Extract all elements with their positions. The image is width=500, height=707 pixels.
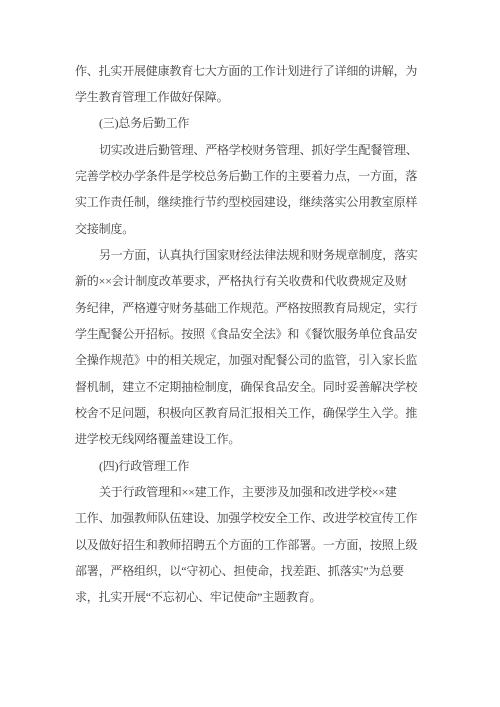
text-line: 切实改进后勤管理、严格学校财务管理、抓好学生配餐管理、 bbox=[75, 137, 500, 163]
text-line: 部署，严格组织，以“守初心、担使命，找差距、抓落实”为总要 bbox=[75, 558, 500, 584]
document-text: 作、扎实开展健康教育七大方面的工作计划进行了详细的讲解，为学生教育管理工作做好保… bbox=[75, 58, 500, 611]
text-line: 以及做好招生和教师招聘五个方面的工作部署。一方面，按照上级 bbox=[75, 532, 500, 558]
text-line: 督机制，建立不定期抽检制度，确保食品安全。同时妥善解决学校 bbox=[75, 374, 500, 400]
text-line: 务纪律，严格遵守财务基础工作规范。严格按照教育局规定，实行 bbox=[75, 295, 500, 321]
text-line: 学生教育管理工作做好保障。 bbox=[75, 84, 500, 110]
text-line: (三)总务后勤工作 bbox=[75, 110, 500, 136]
document-page: 作、扎实开展健康教育七大方面的工作计划进行了详细的讲解，为学生教育管理工作做好保… bbox=[0, 0, 500, 707]
text-line: (四)行政管理工作 bbox=[75, 453, 500, 479]
text-line: 校舍不足问题，积极向区教育局汇报相关工作，确保学生入学。推 bbox=[75, 400, 500, 426]
text-line: 另一方面，认真执行国家财经法律法规和财务规章制度，落实 bbox=[75, 242, 500, 268]
text-line: 实工作责任制，继续推行节约型校园建设，继续落实公用教室原样 bbox=[75, 189, 500, 215]
text-line: 求，扎实开展“不忘初心、牢记使命”主题教育。 bbox=[75, 584, 500, 610]
text-line: 全操作规范》中的相关规定，加强对配餐公司的监管，引入家长监 bbox=[75, 347, 500, 373]
text-line: 进学校无线网络覆盖建设工作。 bbox=[75, 426, 500, 452]
text-line: 工作、加强教师队伍建设、加强学校安全工作、改进学校宣传工作 bbox=[75, 505, 500, 531]
text-line: 学生配餐公开招标。按照《食品安全法》和《餐饮服务单位食品安 bbox=[75, 321, 500, 347]
text-line: 完善学校办学条件是学校总务后勤工作的主要着力点，一方面，落 bbox=[75, 163, 500, 189]
text-line: 作、扎实开展健康教育七大方面的工作计划进行了详细的讲解，为 bbox=[75, 58, 500, 84]
text-line: 新的××会计制度改革要求，严格执行有关收费和代收费规定及财 bbox=[75, 268, 500, 294]
text-line: 关于行政管理和××建工作，主要涉及加强和改进学校××建 bbox=[75, 479, 500, 505]
text-line: 交接制度。 bbox=[75, 216, 500, 242]
